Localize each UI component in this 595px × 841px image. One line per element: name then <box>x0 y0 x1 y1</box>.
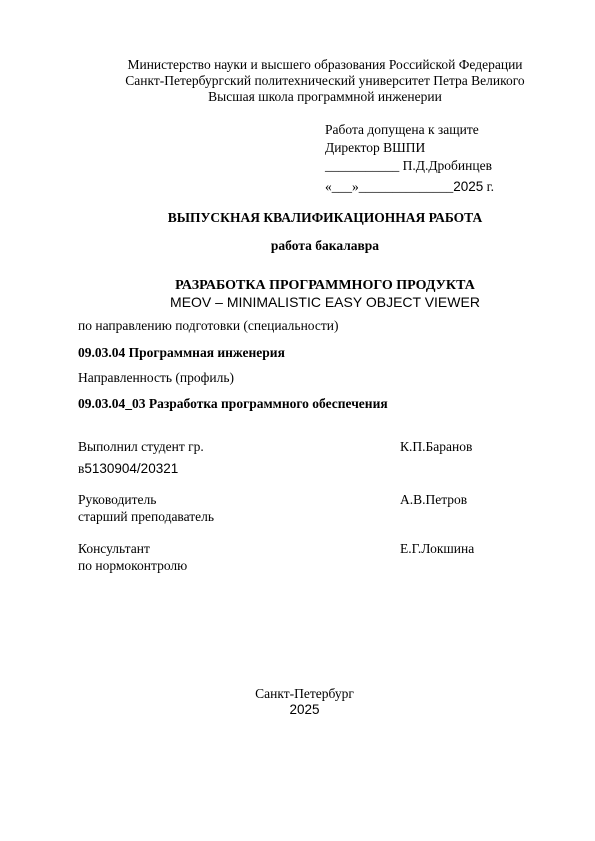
direction-value: 09.03.04 Программная инженерия <box>78 345 285 361</box>
date-quote-close: » <box>352 179 359 194</box>
student-name: К.П.Баранов <box>400 439 472 455</box>
date-suffix: г. <box>483 179 494 194</box>
approval-signature-line: ___________ П.Д.Дробинцев <box>325 158 492 174</box>
profile-value: 09.03.04_03 Разработка программного обес… <box>78 396 388 412</box>
approval-date-line: «___»______________2025 г. <box>325 179 494 195</box>
consultant-title: по нормоконтролю <box>78 558 187 574</box>
topic-line-1: РАЗРАБОТКА ПРОГРАММНОГО ПРОДУКТА <box>0 278 595 294</box>
date-day-blank: ___ <box>332 179 352 194</box>
date-month-blank: ______________ <box>359 179 454 194</box>
student-role: Выполнил студент гр. <box>78 439 204 455</box>
date-year: 2025 <box>453 179 483 194</box>
direction-label: по направлению подготовки (специальности… <box>78 318 339 334</box>
student-group: в5130904/20321 <box>78 461 178 477</box>
consultant-name: Е.Г.Локшина <box>400 541 474 557</box>
group-number: 5130904/20321 <box>84 461 178 476</box>
approval-admitted: Работа допущена к защите <box>325 122 479 138</box>
work-type-title: ВЫПУСКНАЯ КВАЛИФИКАЦИОННАЯ РАБОТА <box>0 210 595 226</box>
footer-year: 2025 <box>0 702 595 717</box>
footer-city: Санкт-Петербург <box>0 686 595 702</box>
degree-subtitle: работа бакалавра <box>0 238 595 254</box>
school-name: Высшая школа программной инженерии <box>0 89 595 105</box>
date-quote-open: « <box>325 179 332 194</box>
supervisor-title: старший преподаватель <box>78 509 214 525</box>
profile-label: Направленность (профиль) <box>78 370 234 386</box>
university-name: Санкт-Петербургский политехнический унив… <box>0 73 595 89</box>
approval-position: Директор ВШПИ <box>325 140 425 156</box>
topic-line-2: MEOV – MINIMALISTIC EASY OBJECT VIEWER <box>0 294 595 310</box>
consultant-role: Консультант <box>78 541 150 557</box>
ministry-name: Министерство науки и высшего образования… <box>0 57 595 73</box>
institution-header: Министерство науки и высшего образования… <box>0 57 595 105</box>
supervisor-role: Руководитель <box>78 492 156 508</box>
supervisor-name: А.В.Петров <box>400 492 467 508</box>
